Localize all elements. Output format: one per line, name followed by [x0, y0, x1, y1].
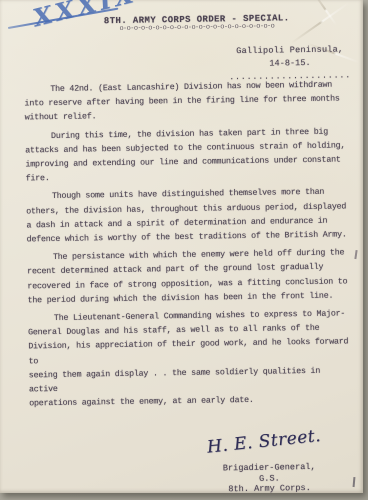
paragraph-4: The persistance with which the enemy wer…: [27, 246, 350, 308]
signature-handwritten: H. E. Street.: [206, 426, 322, 458]
title-underline: o-o-o-o-o-o-o-o-o-o-o-o-o-o-o-o-o-o-o-o-…: [33, 23, 360, 33]
order-header: 8TH. ARMY CORPS ORDER - SPECIAL. o-o-o-o…: [0, 6, 360, 34]
signature-unit: 8th. Army Corps.: [200, 483, 340, 496]
signature-block: Brigadier-General, G.S. 8th. Army Corps.: [199, 462, 339, 496]
order-body: The 42nd. (East Lancashire) Division has…: [24, 77, 351, 414]
document-photo: XXXIX 8TH. ARMY CORPS ORDER - SPECIAL. o…: [0, 0, 368, 500]
paragraph-5: The Lieutenant-General Commanding wishes…: [28, 306, 352, 410]
typed-content: 8TH. ARMY CORPS ORDER - SPECIAL. o-o-o-o…: [0, 0, 368, 496]
paragraph-2: During this time, the division has taken…: [25, 124, 348, 186]
place-line: Gallipoli Peninsula,: [229, 43, 351, 58]
paper-sheet: XXXIX 8TH. ARMY CORPS ORDER - SPECIAL. o…: [0, 0, 363, 493]
paragraph-1: The 42nd. (East Lancashire) Division has…: [24, 77, 347, 125]
paragraph-3: Though some units have distinguished the…: [26, 185, 349, 247]
